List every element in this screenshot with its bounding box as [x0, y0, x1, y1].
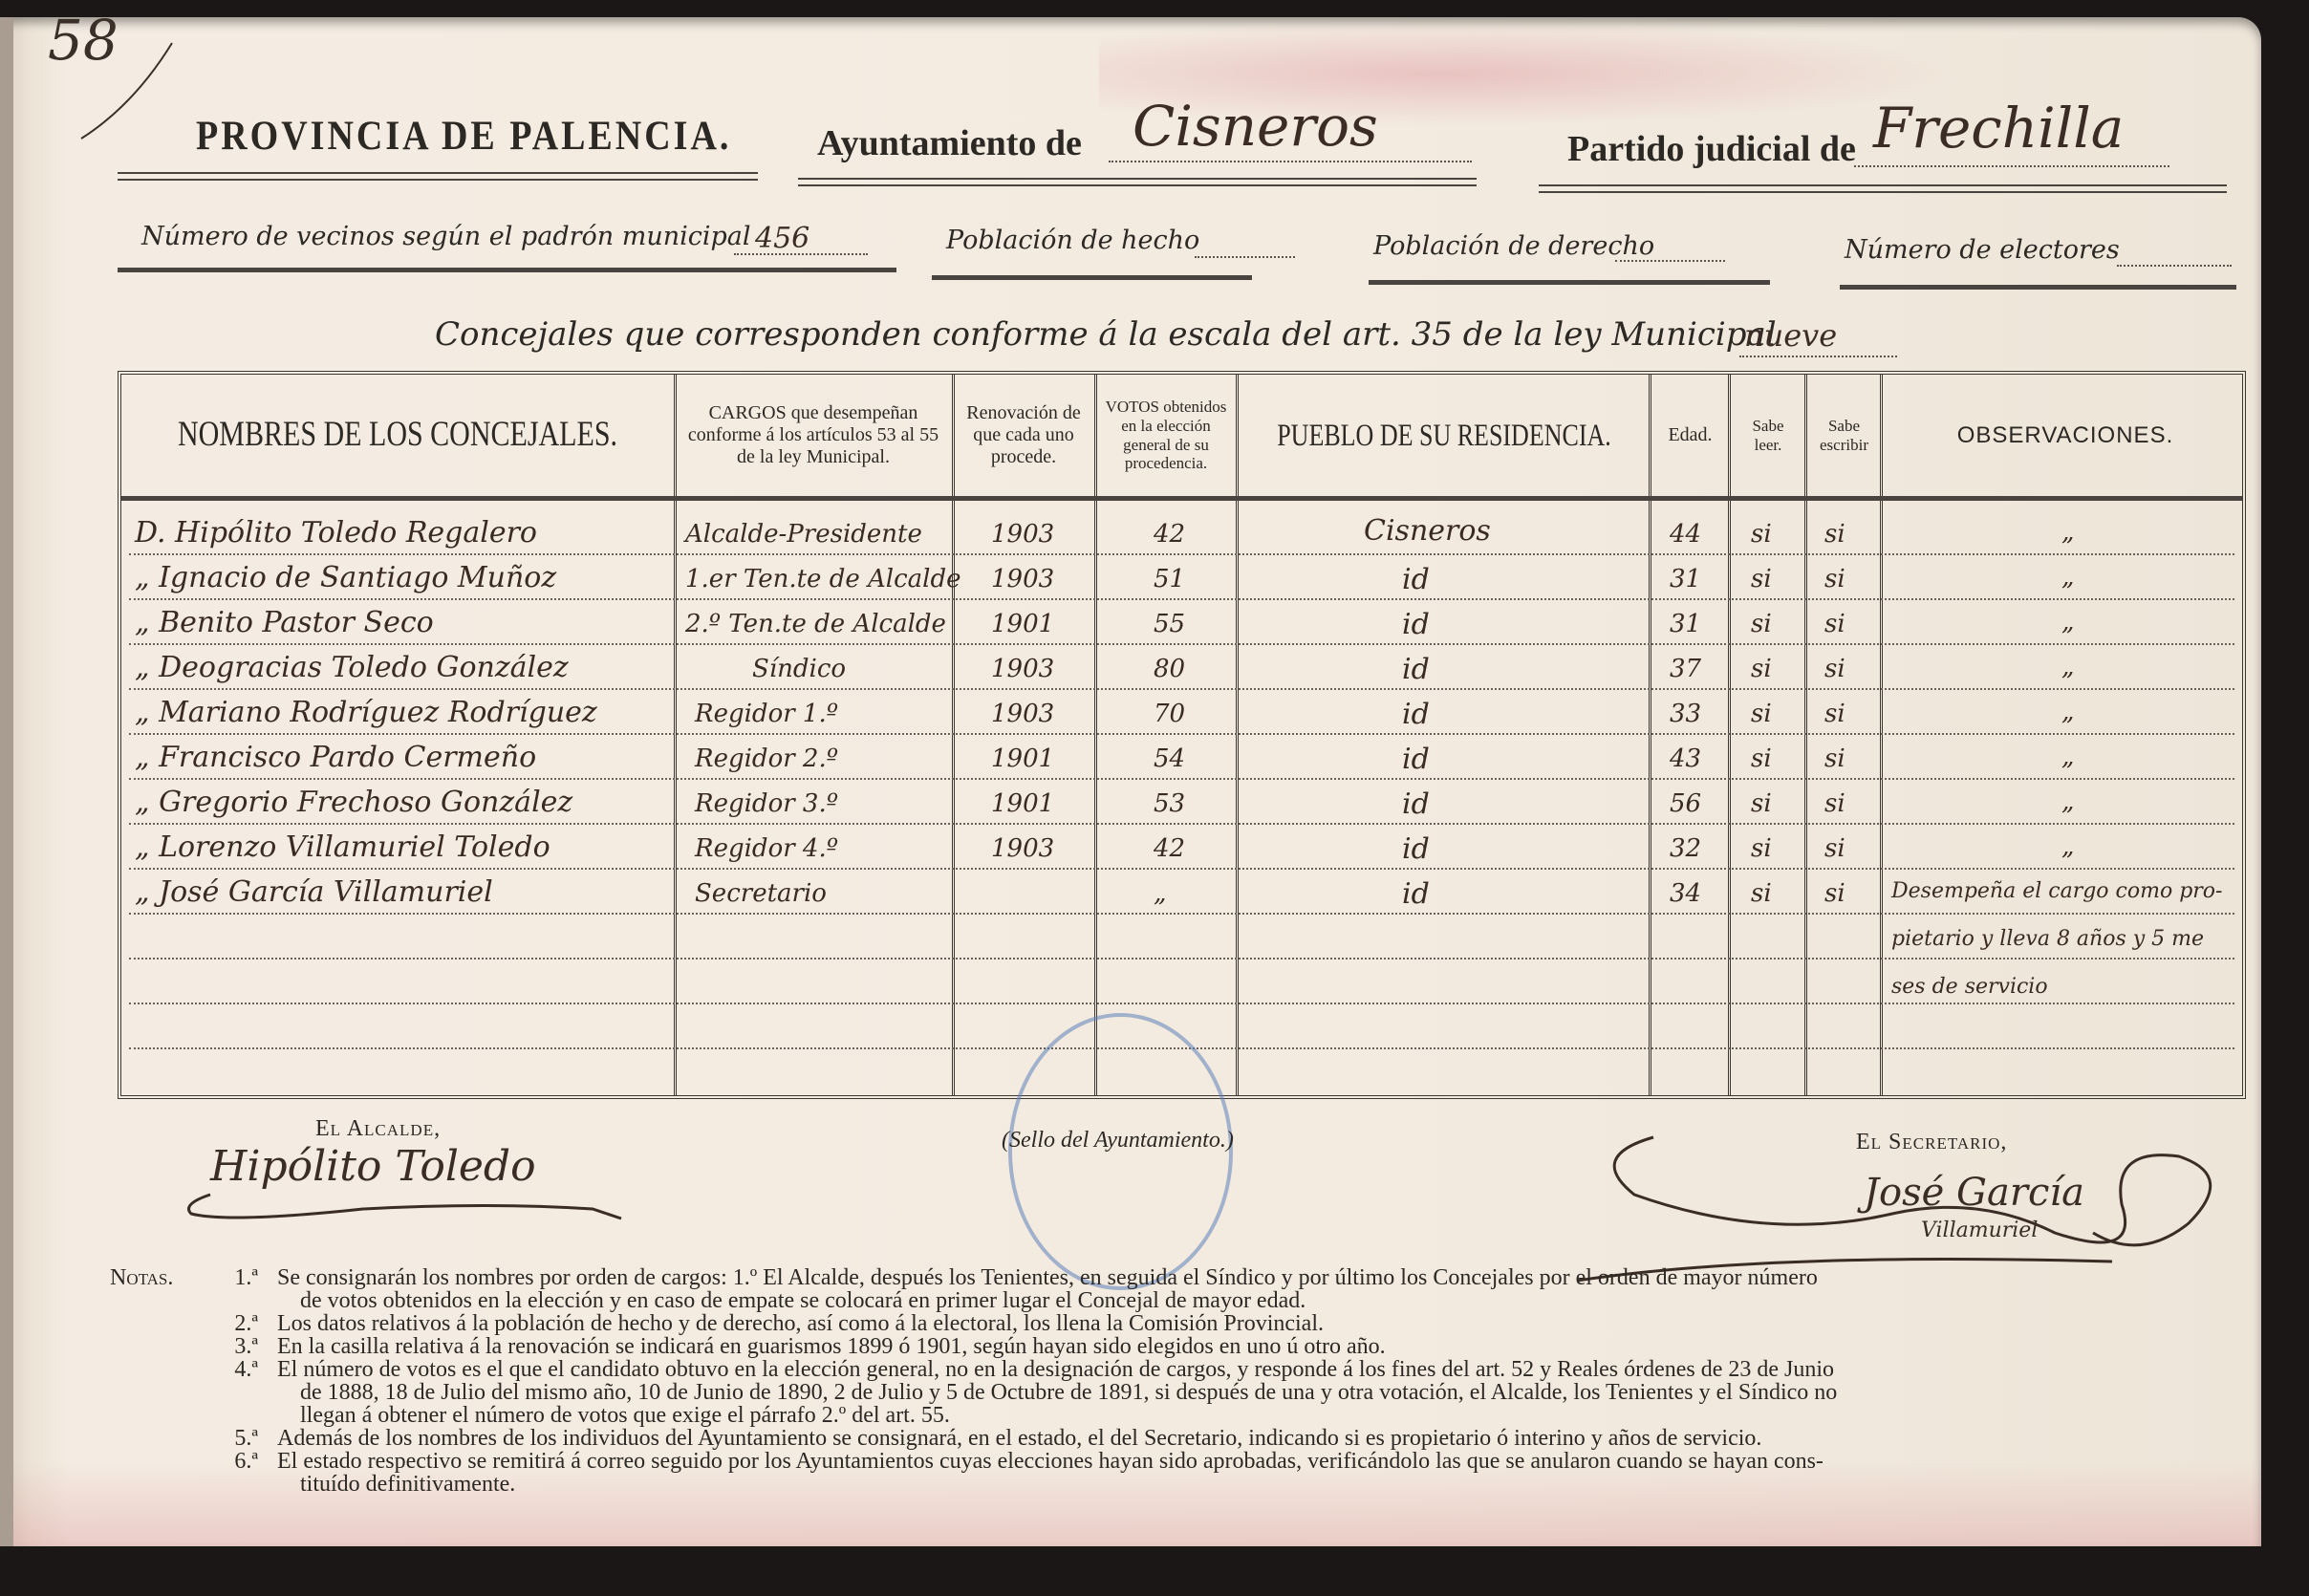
cell-sabe-leer: si — [1751, 520, 1772, 549]
cell-votos: 42 — [1154, 520, 1185, 549]
note-text: Se consignarán los nombres por orden de … — [277, 1266, 2241, 1289]
cell-sabe-escribir: si — [1824, 700, 1845, 728]
cell-cargo: 2.º Ten.te de Alcalde — [685, 610, 946, 638]
cell-votos: 51 — [1154, 565, 1185, 593]
cell-pueblo: id — [1402, 743, 1430, 776]
column-divider — [674, 375, 677, 1095]
electores-label: Número de electores — [1845, 235, 2120, 265]
cell-observaciones: „ — [2061, 743, 2074, 771]
cell-cargo: Alcalde-Presidente — [685, 520, 922, 549]
note-number: 2.ª — [110, 1312, 277, 1335]
cell-renovacion: 1901 — [991, 610, 1054, 638]
note-4-continued: de 1888, 18 de Julio del mismo año, 10 d… — [110, 1381, 2241, 1404]
poblacion-hecho-field[interactable] — [1195, 256, 1295, 258]
partido-judicial-field[interactable] — [1854, 165, 2169, 167]
note-4: 4.ª El número de votos es el que el cand… — [110, 1358, 2241, 1381]
column-divider — [1880, 375, 1883, 1095]
partido-judicial-value: Frechilla — [1873, 96, 2124, 161]
cell-edad: 37 — [1670, 655, 1701, 683]
ayuntamiento-value: Cisneros — [1133, 94, 1378, 159]
cell-pueblo: Cisneros — [1364, 514, 1491, 548]
cell-edad: 43 — [1670, 744, 1701, 773]
cell-sabe-escribir: si — [1824, 834, 1845, 863]
note-number: 4.ª — [110, 1358, 277, 1381]
note-text: En la casilla relativa á la renovación s… — [277, 1335, 2241, 1358]
ayuntamiento-label: Ayuntamiento de — [817, 122, 1082, 164]
row-line — [129, 778, 2234, 780]
cell-pueblo: id — [1402, 698, 1430, 731]
cell-pueblo: id — [1402, 787, 1430, 821]
ayuntamiento-field[interactable] — [1109, 161, 1472, 162]
note-1: Notas. 1.ª Se consignarán los nombres po… — [110, 1266, 2241, 1289]
cell-edad: 32 — [1670, 834, 1701, 863]
header-rule — [118, 172, 758, 181]
cell-cargo: Secretario — [695, 879, 827, 908]
row-line — [129, 688, 2234, 690]
cell-sabe-leer: si — [1751, 565, 1772, 593]
note-text: Los datos relativos á la población de he… — [277, 1312, 2241, 1335]
cell-renovacion: 1903 — [991, 520, 1054, 549]
cell-cargo: Regidor 1.º — [695, 700, 838, 728]
column-divider — [1236, 375, 1239, 1095]
field-rule — [1369, 280, 1770, 285]
cell-edad: 34 — [1670, 879, 1701, 908]
page-binding-edge — [0, 17, 13, 1546]
cell-cargo: 1.er Ten.te de Alcalde — [685, 565, 961, 593]
row-line — [129, 598, 2234, 600]
cell-observaciones-line-3: ses de servicio — [1891, 975, 2048, 999]
row-line — [129, 868, 2234, 870]
cell-edad: 31 — [1670, 610, 1701, 638]
cell-sabe-leer: si — [1751, 789, 1772, 818]
alcalde-signature-flourish-icon — [172, 1156, 631, 1223]
cell-edad: 31 — [1670, 565, 1701, 593]
note-number: 5.ª — [110, 1427, 277, 1450]
cell-nombre: „ Deogracias Toledo González — [135, 651, 569, 684]
header-pueblo: PUEBLO DE SU RESIDENCIA. — [1240, 359, 1649, 511]
cell-observaciones: „ — [2061, 698, 2074, 726]
cell-nombre: „ Benito Pastor Seco — [135, 606, 434, 639]
cell-pueblo: id — [1402, 877, 1430, 911]
field-rule — [118, 268, 896, 272]
note-6-continued: tituído definitivamente. — [110, 1473, 2241, 1496]
cell-edad: 33 — [1670, 700, 1701, 728]
cell-pueblo: id — [1402, 832, 1430, 866]
column-divider — [1094, 375, 1097, 1095]
cell-observaciones: „ — [2061, 787, 2074, 816]
header-cargos: CARGOS que desempeñan conforme á los art… — [678, 375, 949, 496]
cell-nombre: „ Mariano Rodríguez Rodríguez — [135, 696, 597, 729]
poblacion-derecho-label: Población de derecho — [1373, 231, 1654, 261]
cell-sabe-escribir: si — [1824, 520, 1845, 549]
cell-sabe-escribir: si — [1824, 744, 1845, 773]
cell-sabe-leer: si — [1751, 744, 1772, 773]
header-edad: Edad. — [1652, 375, 1728, 496]
cell-renovacion: 1901 — [991, 744, 1054, 773]
column-divider — [1728, 375, 1731, 1095]
header-sabe-escribir: Sabe escribir — [1808, 375, 1880, 496]
notes-lead: Notas. — [110, 1266, 210, 1289]
cell-sabe-escribir: si — [1824, 789, 1845, 818]
row-line — [129, 553, 2234, 555]
note-number: 6.ª — [110, 1450, 277, 1473]
row-line — [129, 958, 2234, 960]
header-rule — [1539, 184, 2227, 193]
row-line — [129, 733, 2234, 735]
note-text: tituído definitivamente. — [258, 1473, 2241, 1496]
electores-field[interactable] — [2117, 265, 2232, 267]
cell-observaciones-line-2: pietario y lleva 8 años y 5 me — [1891, 927, 2204, 951]
note-text: El número de votos es el que el candidat… — [277, 1358, 2241, 1381]
cell-nombre: „ Ignacio de Santiago Muñoz — [135, 561, 556, 594]
cell-votos: 54 — [1154, 744, 1185, 773]
sello-label: (Sello del Ayuntamiento.) — [1002, 1128, 1234, 1154]
header-observaciones: OBSERVACIONES. — [1884, 375, 2247, 496]
cell-nombre: „ Lorenzo Villamuriel Toledo — [135, 830, 550, 864]
cell-votos: 70 — [1154, 700, 1185, 728]
alcalde-label: El Alcalde, — [315, 1116, 441, 1142]
cell-edad: 44 — [1670, 520, 1701, 549]
header-sabe-leer: Sabe leer. — [1732, 375, 1804, 496]
cell-pueblo: id — [1402, 563, 1430, 596]
header-renovacion: Renovación de que cada uno procede. — [956, 375, 1091, 496]
note-text: Además de los nombres de los individuos … — [277, 1427, 2241, 1450]
column-divider — [952, 375, 955, 1095]
cell-edad: 56 — [1670, 789, 1701, 818]
cell-cargo: Síndico — [752, 655, 846, 683]
row-line — [129, 913, 2234, 915]
cell-cargo: Regidor 3.º — [695, 789, 838, 818]
row-line — [129, 643, 2234, 645]
note-text: de votos obtenidos en la elección y en c… — [258, 1289, 2241, 1312]
cell-pueblo: id — [1402, 653, 1430, 686]
row-line — [129, 823, 2234, 825]
cell-votos: 80 — [1154, 655, 1185, 683]
cell-nombre: D. Hipólito Toledo Regalero — [135, 516, 537, 550]
note-number: 1.ª — [210, 1266, 277, 1289]
cell-nombre: „ José García Villamuriel — [135, 875, 493, 909]
partido-judicial-label: Partido judicial de — [1567, 128, 1856, 170]
cell-cargo: Regidor 2.º — [695, 744, 838, 773]
note-5: 5.ª Además de los nombres de los individ… — [110, 1427, 2241, 1450]
poblacion-derecho-field[interactable] — [1615, 260, 1725, 262]
note-number: 3.ª — [110, 1335, 277, 1358]
cell-votos: 42 — [1154, 834, 1185, 863]
field-rule — [932, 275, 1252, 280]
vecinos-value: 456 — [755, 222, 809, 255]
cell-sabe-leer: si — [1751, 610, 1772, 638]
cell-cargo: Regidor 4.º — [695, 834, 838, 863]
header-rule — [798, 178, 1477, 186]
row-line — [129, 1003, 2234, 1004]
cell-sabe-leer: si — [1751, 700, 1772, 728]
cell-observaciones: „ — [2061, 653, 2074, 681]
cell-observaciones-line-1: Desempeña el cargo como pro- — [1891, 879, 2222, 903]
note-2: 2.ª Los datos relativos á la población d… — [110, 1312, 2241, 1335]
note-3: 3.ª En la casilla relativa á la renovaci… — [110, 1335, 2241, 1358]
cell-sabe-escribir: si — [1824, 610, 1845, 638]
cell-sabe-leer: si — [1751, 834, 1772, 863]
cell-renovacion: 1903 — [991, 834, 1054, 863]
cell-renovacion: 1901 — [991, 789, 1054, 818]
cell-nombre: „ Gregorio Frechoso González — [135, 786, 572, 819]
secretario-signature-flourish-icon — [1577, 1118, 2246, 1290]
concejales-value: nueve — [1744, 317, 1837, 354]
field-rule — [1840, 285, 2236, 290]
vecinos-label: Número de vecinos según el padrón munici… — [141, 222, 751, 251]
cell-sabe-escribir: si — [1824, 879, 1845, 908]
note-4-continued: llegan á obtener el número de votos que … — [110, 1404, 2241, 1427]
cell-renovacion: 1903 — [991, 565, 1054, 593]
cell-renovacion: 1903 — [991, 655, 1054, 683]
header-nombres: NOMBRES DE LOS CONCEJALES. — [121, 359, 674, 511]
cell-observaciones: „ — [2061, 518, 2074, 547]
cell-pueblo: id — [1402, 608, 1430, 641]
column-divider — [1804, 375, 1807, 1095]
note-text: de 1888, 18 de Julio del mismo año, 10 d… — [258, 1381, 2241, 1404]
note-text: El estado respectivo se remitirá á corre… — [277, 1450, 2241, 1473]
cell-sabe-leer: si — [1751, 879, 1772, 908]
note-1-continued: de votos obtenidos en la elección y en c… — [110, 1289, 2241, 1312]
cell-nombre: „ Francisco Pardo Cermeño — [135, 741, 536, 774]
cell-sabe-escribir: si — [1824, 655, 1845, 683]
province-title: PROVINCIA DE PALENCIA. — [196, 112, 731, 161]
cell-sabe-escribir: si — [1824, 565, 1845, 593]
cell-observaciones: „ — [2061, 608, 2074, 636]
page-number-slash-icon — [67, 38, 182, 143]
note-6: 6.ª El estado respectivo se remitirá á c… — [110, 1450, 2241, 1473]
cell-observaciones: „ — [2061, 563, 2074, 592]
cell-votos: 55 — [1154, 610, 1185, 638]
cell-votos: 53 — [1154, 789, 1185, 818]
column-divider — [1649, 375, 1651, 1095]
concejales-label: Concejales que corresponden conforme á l… — [435, 315, 1777, 354]
concejales-table: NOMBRES DE LOS CONCEJALES. CARGOS que de… — [118, 371, 2246, 1099]
cell-renovacion: 1903 — [991, 700, 1054, 728]
cell-observaciones: „ — [2061, 832, 2074, 861]
cell-votos: „ — [1154, 879, 1166, 908]
concejales-field[interactable] — [1739, 356, 1897, 357]
poblacion-hecho-label: Población de hecho — [946, 226, 1199, 255]
header-votos: VOTOS obtenidos en la elección general d… — [1098, 375, 1234, 496]
note-text: llegan á obtener el número de votos que … — [258, 1404, 2241, 1427]
cell-sabe-leer: si — [1751, 655, 1772, 683]
notes-section: Notas. 1.ª Se consignarán los nombres po… — [110, 1266, 2241, 1496]
